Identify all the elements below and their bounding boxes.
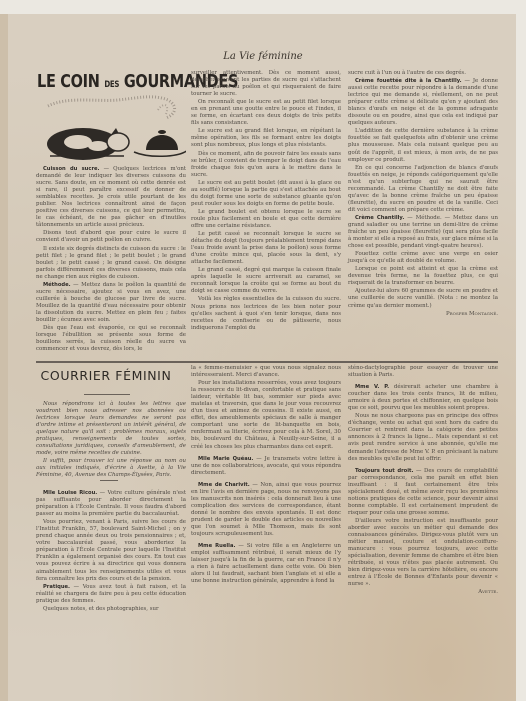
paragraph: Mme Ruella. — Si votre fille a en Anglet… — [191, 543, 341, 585]
paragraph-text: Nous ne nous chargeons pas en principe d… — [348, 413, 498, 461]
paragraph: Cuisson du sucre. — Quelques lectrices m… — [36, 166, 186, 229]
courrier-intro-text: Nous répondrons ici à toutes les lettres… — [36, 401, 186, 457]
paragraph-lead: Mme V. P. — [355, 384, 389, 390]
paragraph: Disons tout d'abord que pour cuire le su… — [36, 230, 186, 244]
paragraph: surveiller attentivement. Dès ce moment … — [191, 70, 341, 98]
paragraph-lead: Mme Ruella. — [198, 543, 235, 549]
paragraph: Il existe six degrés distincts de cuisso… — [36, 246, 186, 281]
courrier-column-1: Mlle Louise Ricou. — Votre culture génér… — [36, 490, 186, 614]
paragraph: En ce qui concerne l'adjonction de blanc… — [348, 165, 498, 214]
paragraph-lead: Mme de Charivit. — [198, 482, 250, 488]
paragraph: Mlle Marie Quéau. — Je transmets votre l… — [191, 456, 341, 477]
paragraph-text: Pour les installations resserrées, vous … — [191, 380, 341, 449]
paragraph: Le petit cassé se reconnaît lorsque le s… — [191, 231, 341, 266]
paragraph: On reconnaît que le sucre est au petit f… — [191, 99, 341, 127]
paragraph: Ajoutez-lui alors 60 grammes de sucre en… — [348, 288, 498, 309]
paragraph: Voilà les règles essentielles de la cuis… — [191, 296, 341, 331]
paragraph: la « femme-menuisier » que vous nous sig… — [191, 365, 341, 379]
paragraph: sucre cuit à l'un ou à l'autre de ces de… — [348, 70, 498, 77]
paragraph-text: Quelques notes, et des photographies, su… — [43, 606, 159, 612]
gourmandes-column-1: Cuisson du sucre. — Quelques lectrices m… — [36, 166, 186, 354]
paragraph: Pratique. — Vous avez tout à fait raison… — [36, 584, 186, 605]
paragraph-lead: Méthode. — [43, 282, 71, 288]
paragraph-text: Le sucre est au grand filet lorsque, en … — [191, 128, 341, 148]
paragraph-text: — Si votre fille a en Angleterre un empl… — [191, 543, 341, 584]
paragraph: Dès que l'eau est évaporée, ce qui se re… — [36, 325, 186, 353]
paragraph: Le sucre est au grand filet lorsque, en … — [191, 128, 341, 149]
paragraph-text: On reconnaît que le sucre est au petit f… — [191, 99, 341, 126]
paragraph-text: sucre cuit à l'un ou à l'autre de ces de… — [348, 70, 466, 76]
paragraph-lead: Cuisson du sucre. — [43, 166, 100, 172]
paragraph-lead: Toujours tout droit. — [355, 468, 413, 474]
gourmandes-column-3: sucre cuit à l'un ou à l'autre de ces de… — [348, 70, 498, 319]
gourmandes-title-part1: LE COIN — [37, 72, 100, 92]
paragraph-text: — Des cours de comptabilité par correspo… — [348, 468, 498, 516]
paragraph: Mlle Louise Ricou. — Votre culture génér… — [36, 490, 186, 518]
paragraph-text: — Mettez dans le poêlon la quantité de s… — [36, 282, 186, 323]
paragraph: Toujours tout droit. — Des cours de comp… — [348, 468, 498, 517]
paragraph-text: — Je donne aussi cette recette pour répo… — [348, 78, 498, 126]
paragraph-text: Fouettez cette crème avec une verge en o… — [348, 251, 498, 264]
paragraph-text: D'ailleurs votre instruction est insuffi… — [348, 518, 498, 587]
paragraph-text: Le grand cassé, degré qui marque la cuis… — [191, 267, 341, 294]
section-divider — [36, 361, 498, 363]
courrier-column-2: la « femme-menuisier » que vous nous sig… — [191, 365, 341, 586]
paragraph: Mme de Charivit. — Non, ainsi que vous p… — [191, 482, 341, 538]
courrier-intro: Nous répondrons ici à toutes les lettres… — [36, 401, 186, 481]
paragraph: Vous pourriez, venant à Paris, suivre le… — [36, 519, 186, 582]
intro-divider — [100, 480, 118, 481]
paragraph-text: Le grand boulet est obtenu lorsque le su… — [191, 209, 341, 229]
paragraph-text: la « femme-menuisier » que vous nous sig… — [191, 365, 341, 378]
paragraph: D'ailleurs votre instruction est insuffi… — [348, 518, 498, 588]
gourmandes-column-2: surveiller attentivement. Dès ce moment … — [191, 70, 341, 333]
paragraph-text: Dès ce moment, afin de pouvoir faire les… — [191, 151, 341, 178]
cat-and-pudding-illustration — [38, 92, 186, 164]
paragraph-text: Le sucre est au petit boulet (dit aussi … — [191, 180, 341, 207]
courrier-title-underline — [84, 394, 130, 395]
gourmandes-title-small: DES — [104, 80, 119, 90]
signature: Avette. — [348, 589, 498, 596]
paragraph-lead: Mlle Marie Quéau. — [198, 456, 253, 462]
paragraph-lead: Mlle Louise Ricou. — [43, 490, 97, 496]
paragraph-text: Voilà les règles essentielles de la cuis… — [191, 296, 341, 330]
paragraph-lead: Pratique. — [43, 584, 70, 590]
paragraph: Nous ne nous chargeons pas en principe d… — [348, 413, 498, 462]
paragraph-text: En ce qui concerne l'adjonction de blanc… — [348, 165, 498, 213]
courrier-column-3: sténo-dactylographie pour essayer de tro… — [348, 365, 498, 597]
paragraph: Crème fouettée dite à la Chantilly. — Je… — [348, 78, 498, 127]
paragraph: Crème Chantilly. — Méthode. — Mettez dan… — [348, 215, 498, 250]
paragraph-text: Lorsque ce point est atteint et que la c… — [348, 266, 498, 286]
paragraph-text: surveiller attentivement. Dès ce moment … — [191, 70, 341, 97]
page-header-title: La Vie féminine — [0, 51, 526, 62]
paragraph: Méthode. — Mettez dans le poêlon la quan… — [36, 282, 186, 324]
paragraph: Lorsque ce point est atteint et que la c… — [348, 266, 498, 287]
signature: Prosper Montagné. — [348, 311, 498, 318]
paragraph: Le grand cassé, degré qui marque la cuis… — [191, 267, 341, 295]
paragraph-text: sténo-dactylographie pour essayer de tro… — [348, 365, 498, 378]
paragraph-lead: Crème fouettée dite à la Chantilly. — [355, 78, 462, 84]
paragraph-text: L'addition de cette dernière substance à… — [348, 128, 498, 162]
paragraph: sténo-dactylographie pour essayer de tro… — [348, 365, 498, 379]
paragraph-text: Vous pourriez, venant à Paris, suivre le… — [36, 519, 186, 581]
paragraph-text: — Quelques lectrices m'ont demandé de le… — [36, 166, 186, 228]
paragraph: Fouettez cette crème avec une verge en o… — [348, 251, 498, 265]
courrier-intro-text-2: Il suffit, pour trouver ici une réponse … — [36, 458, 186, 479]
paragraph-text: Dès que l'eau est évaporée, ce qui se re… — [36, 325, 186, 352]
paragraph: Pour les installations resserrées, vous … — [191, 380, 341, 450]
paragraph-text: Le petit cassé se reconnaît lorsque le s… — [191, 231, 341, 265]
paragraph-text: Disons tout d'abord que pour cuire le su… — [36, 230, 186, 243]
courrier-title: COURRIER FÉMININ — [30, 368, 182, 383]
paragraph: Quelques notes, et des photographies, su… — [36, 606, 186, 613]
paragraph-text: Il existe six degrés distincts de cuisso… — [36, 246, 186, 280]
paragraph: Mme V. P. désirerait acheter une chambre… — [348, 384, 498, 412]
paragraph-text: — Non, ainsi que vous pourrez en lire l'… — [191, 482, 341, 537]
paragraph: Le grand boulet est obtenu lorsque le su… — [191, 209, 341, 230]
paragraph: L'addition de cette dernière substance à… — [348, 128, 498, 163]
paragraph: Le sucre est au petit boulet (dit aussi … — [191, 180, 341, 208]
paragraph-lead: Crème Chantilly. — [355, 215, 404, 221]
paragraph: Dès ce moment, afin de pouvoir faire les… — [191, 151, 341, 179]
paragraph-text: Ajoutez-lui alors 60 grammes de sucre en… — [348, 288, 498, 308]
